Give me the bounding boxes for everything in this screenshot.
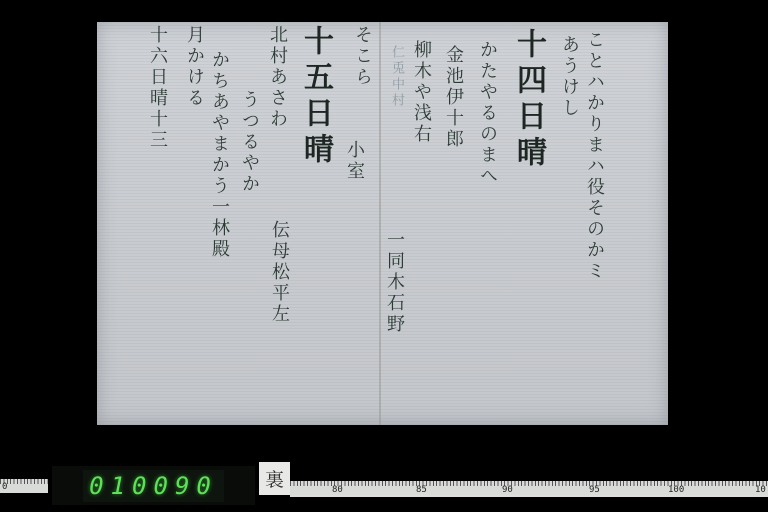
page-fold (379, 22, 381, 425)
ruler-tick-label: 80 (332, 485, 343, 495)
text-column: かちあやまかう一林殿 (210, 50, 228, 260)
text-column: ことハかりまハ役そのかミ (585, 30, 603, 282)
side-label: 裏 (259, 462, 290, 495)
frame-counter: 010090 (52, 466, 255, 505)
ruler-tick-label: 90 (502, 485, 513, 495)
counter-value: 010090 (83, 470, 224, 502)
text-column: 柳木や浅右 (412, 40, 430, 145)
ruler-tick-label: 100 (668, 485, 684, 495)
ruler-tick-label: 85 (416, 485, 427, 495)
text-column: 一同木石野 (385, 230, 403, 335)
text-column: そこら (353, 25, 371, 88)
ruler-tick-label: 10 (755, 485, 766, 495)
text-column: 十五日晴 (300, 25, 330, 169)
text-column: 十六日晴十三 (148, 25, 166, 151)
text-column: 十四日晴 (513, 28, 543, 172)
text-column: うつるやか (240, 90, 258, 195)
ruler-tick-label: 95 (589, 485, 600, 495)
text-column: 伝母松平左 (270, 220, 288, 325)
document-page (97, 22, 668, 425)
text-column: 仁兎中村 (390, 45, 403, 109)
ruler-tick-label: 0 (2, 482, 7, 492)
text-column: 北村あさわ (268, 25, 286, 130)
text-column: 金池伊十郎 (444, 45, 462, 150)
text-column: あうけし (560, 35, 578, 119)
text-column: かたやるのまへ (478, 40, 496, 187)
ruler-right-ticks (290, 481, 768, 495)
text-column: 月かける (185, 25, 203, 109)
text-column: 小室 (345, 140, 363, 182)
